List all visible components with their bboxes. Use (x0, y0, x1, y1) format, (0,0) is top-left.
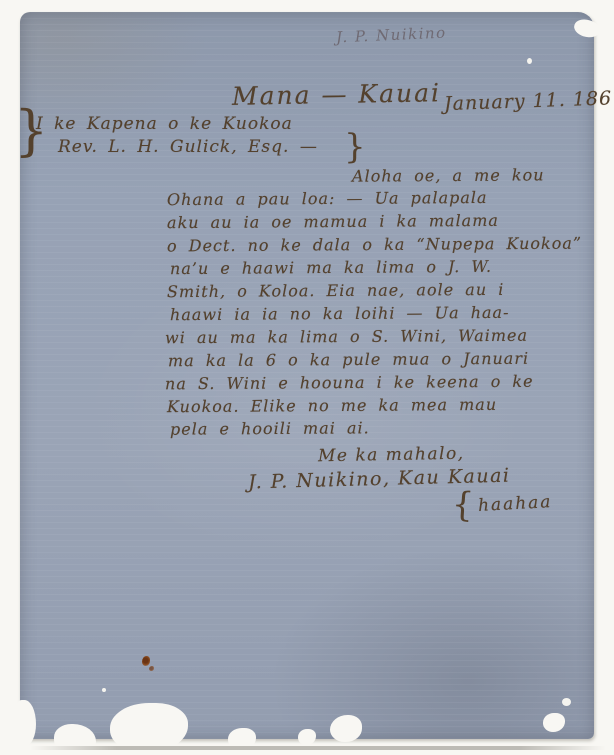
address-end-brace-icon: } (344, 130, 366, 164)
torn-edge-mark (14, 700, 36, 746)
scan-shadow (30, 746, 606, 750)
body-line: haawi ia ia no ka loihi — Ua haa- (170, 303, 510, 324)
body-line: ma ka la 6 o ka pule mua o Januari (168, 349, 529, 371)
body-line: wi au ma ka lima o S. Wini, Waimea (165, 326, 528, 348)
body-line: aku au ia oe mamua i ka malama (167, 211, 499, 232)
body-line: na S. Wini e hoouna i ke keena o ke (165, 372, 534, 394)
body-line: Kuokoa. Elike no me ka mea mau (167, 395, 497, 416)
paper-speck (562, 698, 571, 706)
paper-speck (102, 688, 106, 692)
body-line: na’u e haawi ma ka lima o J. W. (170, 257, 492, 278)
closing-line: Me ka mahalo, (318, 444, 465, 467)
body-line: Aloha oe, a me kou (352, 165, 545, 185)
body-line: Ohana a pau loa: — Ua palapala (167, 188, 488, 209)
body-line: o Dect. no ke dala o ka “Nupepa Kuokoa” (167, 234, 582, 256)
body-line: Smith, o Koloa. Eia nae, aole au i (167, 280, 504, 301)
torn-edge-mark (54, 724, 96, 755)
address-line-2: Rev. L. H. Gulick, Esq. — (58, 137, 318, 157)
scanned-letter-page: J. P. Nuikino Mana — Kauai January 11. 1… (0, 0, 614, 755)
torn-edge-mark (298, 729, 316, 745)
torn-edge-mark (330, 715, 362, 742)
signature-flourish: haahaa (478, 492, 553, 516)
paper-speck (527, 58, 532, 64)
address-line-1: I ke Kapena o ke Kuokoa (36, 114, 293, 134)
body-line: pela e hooili mai ai. (170, 418, 370, 438)
dateline-place: Mana — Kauai (232, 78, 441, 111)
signature-brace-icon: { (451, 487, 475, 522)
